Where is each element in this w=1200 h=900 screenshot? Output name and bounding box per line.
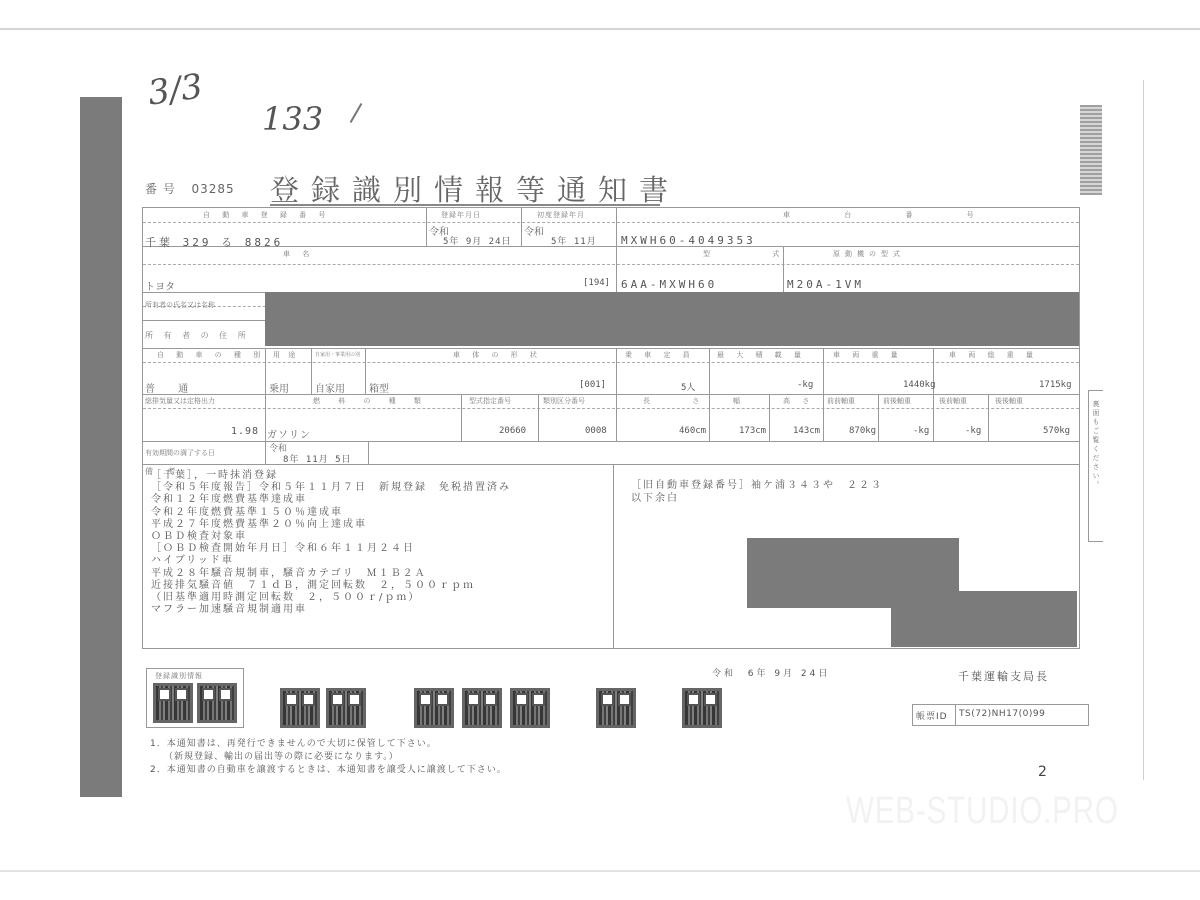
handwritten-number: 133 <box>262 100 323 138</box>
capacity-value: 5人 <box>681 380 695 393</box>
handwritten-corner-mark: 2 <box>1038 764 1047 780</box>
remark-line: 令和１２年度燃費基準達成車 <box>151 494 511 506</box>
footer-notes: 1．本通知書は、再発行できませんので大切に保管して下さい。 （新規登録、輸出の届… <box>150 738 507 777</box>
reg-date-value: 5年 9月 24日 <box>443 234 512 247</box>
rear-front-axle-label: 後前軸重 <box>939 396 967 406</box>
body-label: 車 体 の 形 状 <box>453 350 542 360</box>
remark-line: 近接排気騒音値 ７１ｄＢ，測定回転数 ２，５００ｒｐｍ <box>151 580 511 592</box>
category-label: 類別区分番号 <box>543 396 585 406</box>
remark-line: 平成２８年騒音規制車，騒音カテゴリ Ｍ１Ｂ２Ａ <box>151 568 511 580</box>
business-label: 自家用・事業用の別 <box>315 351 360 358</box>
form-id-divider <box>955 705 956 725</box>
remark-line: 平成２７年度燃費基準２０％向上達成車 <box>151 519 511 531</box>
remarks-redaction-lower <box>891 591 1077 647</box>
expiry-label: 有効期間の満了する日 <box>145 448 215 458</box>
document-title: 登録識別情報等通知書 <box>270 168 680 209</box>
remark-line: ［令和５年度報告］令和５年１１月７日 新規登録 免税措置済み <box>151 482 511 494</box>
remark-line: 令和２年度燃費基準１５０％達成車 <box>151 507 511 519</box>
front-rear-axle-value: -kg <box>913 426 929 436</box>
qr-code-icon <box>153 683 193 723</box>
engine-value: M20A-1VM <box>787 278 864 291</box>
issue-date-value: 6年 9月 24日 <box>748 669 831 679</box>
expiry-date: 8年 11月 5日 <box>283 452 352 465</box>
remark-line: ＯＢＤ検査対象車 <box>151 531 511 543</box>
maker-value: トヨタ <box>145 278 175 293</box>
scan-edge-top <box>0 28 1200 30</box>
maker-label: 車 名 <box>283 249 314 259</box>
handwritten-page-count: 3/3 <box>145 66 205 113</box>
scan-edge-right <box>1143 80 1144 780</box>
owner-address-label: 所 有 者 の 住 所 <box>145 330 250 341</box>
gross-weight-value: 1715kg <box>1039 380 1072 390</box>
note-line: 2．本通知書の自動車を譲渡するときは、本通知書を譲受人に譲渡して下さい。 <box>150 764 507 777</box>
use-label: 用 途 <box>273 350 298 360</box>
remarks-right-list: ［旧自動車登録番号］袖ケ浦３４３や ２２３ 以下余白 <box>631 480 883 505</box>
chassis-value: MXWH60-4049353 <box>621 234 756 247</box>
remark-line: ［千葉］，一時抹消登録 <box>151 470 511 482</box>
height-value: 143cm <box>793 426 820 436</box>
qr-code-icon <box>197 683 237 723</box>
scan-edge-bottom <box>0 870 1200 872</box>
model-value: 6AA-MXWH60 <box>621 278 717 291</box>
handwritten-check-mark <box>350 103 363 123</box>
qr-code-icon <box>326 688 366 728</box>
remark-line: マフラー加速騒音規制適用車 <box>151 604 511 616</box>
registration-id-label: 登録識別情報 <box>155 671 203 681</box>
type-designation-label: 型式指定番号 <box>469 396 511 406</box>
engine-label: 原動機の型式 <box>833 249 905 259</box>
registration-id-box: 登録識別情報 <box>146 668 244 728</box>
owner-name-label: 所有者の氏名又は名称 <box>145 300 215 310</box>
title-underline <box>270 204 660 206</box>
seal-stamp-icon <box>1080 105 1102 195</box>
vehicle-type-label: 自 動 車 の 種 別 <box>157 350 265 360</box>
category-value: 0008 <box>585 426 607 436</box>
use-value: 乗用 <box>269 380 289 395</box>
watermark: WEB-STUDIO.PRO <box>846 790 1119 833</box>
remark-line: ［旧自動車登録番号］袖ケ浦３４３や ２２３ <box>631 480 883 493</box>
registration-form: 自 動 車 登 録 番 号 千葉 329 る 8826 登録年月日 令和 5年 … <box>142 207 1080 649</box>
fuel-label: 燃 料 の 種 類 <box>313 396 429 406</box>
qr-code-icon <box>414 688 454 728</box>
rear-front-axle-value: -kg <box>965 426 981 436</box>
qr-code-icon <box>682 688 722 728</box>
reg-date-label: 登録年月日 <box>441 210 481 220</box>
body-value: 箱型 <box>369 380 389 395</box>
height-label: 高 さ <box>783 396 814 406</box>
length-value: 460cm <box>679 426 706 436</box>
note-line: 1．本通知書は、再発行できませんので大切に保管して下さい。 <box>150 738 507 751</box>
weight-label: 車 両 重 量 <box>833 350 903 360</box>
left-redaction-bar <box>80 97 122 797</box>
form-id-box: 帳票ID TS(72)NH17(0)99 <box>912 704 1089 726</box>
displacement-label: 総排気量又は定格出力 <box>145 396 215 406</box>
remark-line: （旧基準適用時測定回転数 ２，５００ｒ/ｐｍ） <box>151 592 511 604</box>
issue-date: 令和 6年 9月 24日 <box>712 666 830 679</box>
max-load-value: -kg <box>797 380 813 390</box>
owner-redaction <box>265 292 1079 346</box>
remark-line: 以下余白 <box>631 493 883 506</box>
issuer: 千葉運輸支局長 <box>958 668 1049 684</box>
chassis-label: 車 台 番 号 <box>783 210 1000 220</box>
gross-weight-label: 車 両 総 重 量 <box>949 350 1038 360</box>
note-line: （新規登録、輸出の届出等の際に必要になります。） <box>150 751 507 764</box>
remark-line: ハイブリッド車 <box>151 555 511 567</box>
form-id-label: 帳票ID <box>916 709 948 722</box>
weight-value: 1440kg <box>903 380 936 390</box>
front-front-axle-value: 870kg <box>849 426 876 436</box>
reg-no-value: 千葉 329 る 8826 <box>145 234 283 250</box>
front-front-axle-label: 前前軸重 <box>827 396 855 406</box>
document-number-value: 03285 <box>191 182 234 196</box>
side-note-text: 裏面もご覧ください。 <box>1091 400 1101 490</box>
type-designation-value: 20660 <box>499 426 526 436</box>
front-rear-axle-label: 前後軸重 <box>883 396 911 406</box>
form-id-value: TS(72)NH17(0)99 <box>959 709 1045 719</box>
length-label: 長 さ <box>643 396 719 406</box>
width-value: 173cm <box>739 426 766 436</box>
body-code: [001] <box>579 380 606 390</box>
width-label: 幅 <box>733 396 745 406</box>
rear-rear-axle-value: 570kg <box>1043 426 1070 436</box>
capacity-label: 乗 車 定 員 <box>625 350 695 360</box>
issue-era: 令和 <box>712 669 736 679</box>
first-reg-era: 令和 <box>524 223 544 238</box>
first-reg-label: 初度登録年月 <box>537 210 585 220</box>
business-value: 自家用 <box>315 380 345 395</box>
document-number-label: 番 号 <box>145 182 176 196</box>
vehicle-type-value: 普 通 <box>145 380 198 395</box>
qr-code-icon <box>462 688 502 728</box>
document-number: 番 号 03285 <box>145 180 235 197</box>
model-label: 型 式 <box>703 249 809 259</box>
remark-line: ［ＯＢＤ検査開始年月日］令和６年１１月２４日 <box>151 543 511 555</box>
qr-code-icon <box>280 688 320 728</box>
qr-code-icon <box>510 688 550 728</box>
model-code-prefix: [194] <box>583 278 610 288</box>
first-reg-value: 5年 11月 <box>551 234 597 247</box>
fuel-value: ガソリン <box>267 426 311 441</box>
remarks-list: ［千葉］，一時抹消登録 ［令和５年度報告］令和５年１１月７日 新規登録 免税措置… <box>151 470 511 616</box>
displacement-value: 1.98 <box>231 426 259 437</box>
rear-rear-axle-label: 後後軸重 <box>995 396 1023 406</box>
qr-code-icon <box>596 688 636 728</box>
max-load-label: 最 大 積 載 量 <box>717 350 806 360</box>
reg-no-label: 自 動 車 登 録 番 号 <box>203 210 330 220</box>
